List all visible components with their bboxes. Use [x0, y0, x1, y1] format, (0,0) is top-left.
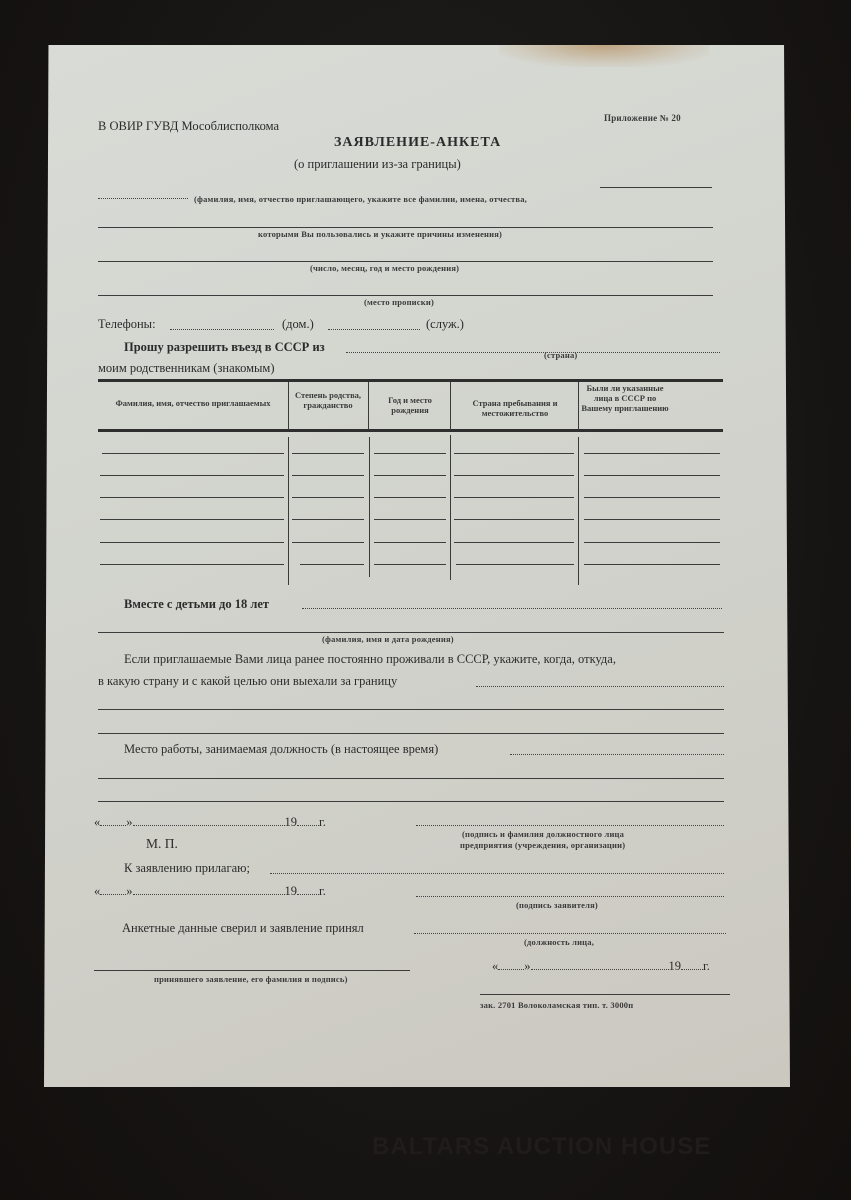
year-suffix: г. [319, 815, 326, 829]
quote-open: « [94, 815, 100, 829]
table-top-rule [98, 379, 723, 382]
caption-country: (страна) [544, 350, 577, 360]
applicant-signature-field[interactable] [416, 896, 724, 897]
home-phone-caption: (дом.) [282, 317, 314, 332]
home-phone-field[interactable] [170, 329, 274, 330]
children-details-field[interactable] [98, 632, 724, 633]
year-prefix: 19 [285, 884, 298, 898]
verifier-name-field[interactable] [94, 970, 410, 971]
paper-stain [499, 45, 709, 67]
work-label: Место работы, занимаемая должность (в на… [124, 742, 438, 757]
date-block-2[interactable]: «»19г. [94, 884, 326, 899]
attachments-field[interactable] [270, 873, 724, 874]
work-field[interactable] [510, 754, 724, 755]
official-signature-field[interactable] [416, 825, 724, 826]
caption-birth: (число, месяц, год и место рождения) [310, 263, 459, 273]
inviter-name-field-start[interactable] [98, 198, 188, 199]
column-divider [578, 382, 579, 430]
year-prefix: 19 [669, 959, 682, 973]
application-form-sheet: В ОВИР ГУВД Мособлисполкома Приложение №… [44, 45, 790, 1087]
inviter-name-field-end[interactable] [600, 187, 712, 188]
phones-label: Телефоны: [98, 317, 156, 332]
column-header-name: Фамилия, имя, отчество приглашаемых [98, 398, 288, 408]
inviter-names-history-field[interactable] [98, 227, 713, 228]
work-field-3[interactable] [98, 801, 724, 802]
year-prefix: 19 [285, 815, 298, 829]
former-residence-field-3[interactable] [98, 733, 724, 734]
addressee: В ОВИР ГУВД Мособлисполкома [98, 119, 279, 134]
caption-registration: (место прописки) [364, 297, 434, 307]
former-residence-field[interactable] [476, 686, 724, 687]
column-divider [288, 437, 289, 585]
caption-inviter-name: (фамилия, имя, отчество приглашающего, у… [194, 194, 527, 204]
former-residence-text-2: в какую страну и с какой целью они выеха… [98, 674, 397, 689]
column-divider [450, 382, 451, 430]
work-field-2[interactable] [98, 778, 724, 779]
year-suffix: г. [703, 959, 710, 973]
caption-names-history: которыми Вы пользовались и укажите причи… [258, 229, 502, 239]
column-header-country: Страна пребывания и местожительство [452, 398, 578, 418]
request-text: Прошу разрешить въезд в СССР из [124, 340, 325, 355]
attachments-label: К заявлению прилагаю; [124, 861, 250, 876]
work-phone-field[interactable] [328, 329, 420, 330]
verifier-position-field[interactable] [414, 933, 726, 934]
column-divider [450, 435, 451, 580]
column-divider [288, 382, 289, 430]
stamp-place: М. П. [146, 836, 178, 852]
children-label: Вместе с детьми до 18 лет [124, 597, 269, 612]
quote-open: « [492, 959, 498, 973]
column-header-relation: Степень родства, гражданство [290, 390, 366, 410]
printer-imprint: зак. 2701 Волоколамская тип. т. 3000п [480, 1000, 633, 1010]
caption-position: (должность лица, [524, 937, 594, 947]
form-title: ЗАЯВЛЕНИЕ-АНКЕТА [334, 135, 501, 151]
table-header-rule [98, 429, 723, 432]
year-suffix: г. [319, 884, 326, 898]
column-divider [368, 382, 369, 430]
caption-official-organization: предприятия (учреждения, организации) [460, 840, 625, 850]
quote-close: » [524, 959, 530, 973]
caption-verifier: принявшего заявление, его фамилия и подп… [154, 974, 348, 984]
column-header-previous-visit: Были ли указанные лица в СССР по Вашему … [581, 383, 669, 413]
birth-field[interactable] [98, 261, 713, 262]
request-text-2: моим родственникам (знакомым) [98, 361, 274, 376]
imprint-rule [480, 994, 730, 995]
former-residence-field-2[interactable] [98, 709, 724, 710]
appendix-number: Приложение № 20 [604, 113, 681, 123]
country-field[interactable] [346, 352, 720, 353]
caption-official-signature: (подпись и фамилия должностного лица [462, 829, 624, 839]
form-subtitle: (о приглашении из-за границы) [294, 157, 461, 172]
registration-field[interactable] [98, 295, 713, 296]
column-divider [369, 437, 370, 577]
date-block-1[interactable]: «»19г. [94, 815, 326, 830]
children-field[interactable] [302, 608, 722, 609]
former-residence-text: Если приглашаемые Вами лица ранее постоя… [124, 652, 616, 667]
caption-children: (фамилия, имя и дата рождения) [322, 634, 454, 644]
verification-label: Анкетные данные сверил и заявление приня… [122, 921, 364, 936]
work-phone-caption: (служ.) [426, 317, 464, 332]
watermark: BALTARS AUCTION HOUSE [372, 1133, 711, 1161]
caption-applicant-signature: (подпись заявителя) [516, 900, 598, 910]
column-header-birth: Год и место рождения [370, 395, 450, 415]
date-block-3[interactable]: «»19г. [492, 959, 710, 974]
column-divider [578, 437, 579, 585]
quote-open: « [94, 884, 100, 898]
quote-close: » [126, 884, 132, 898]
quote-close: » [126, 815, 132, 829]
